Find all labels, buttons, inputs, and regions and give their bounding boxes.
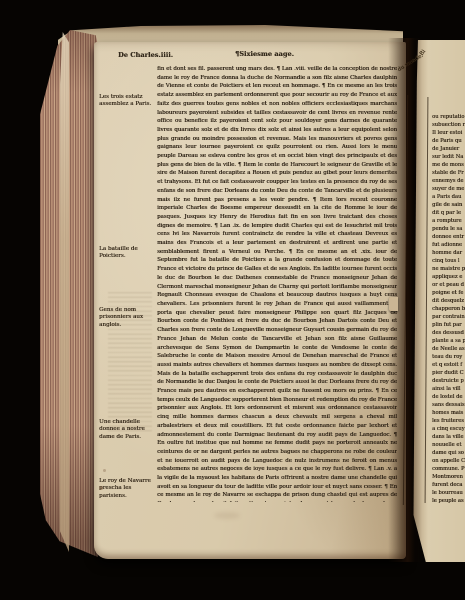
- facing-text-fragment: furent deca: [432, 481, 465, 489]
- facing-text-fragment: sur ledit Na: [432, 153, 465, 161]
- facing-text-fragment: a rompture: [432, 217, 465, 225]
- running-header-title: ¶Sixiesme aage.: [235, 50, 294, 58]
- facing-text-fragment: teau du roy: [432, 353, 465, 361]
- facing-text-fragment: des dessusd: [432, 329, 465, 337]
- facing-text-fragment: le bourreau: [432, 489, 465, 497]
- foxing-spot: [103, 469, 106, 472]
- facing-text-column: ou reputatiosubuection rIl leur estoide …: [432, 113, 465, 507]
- facing-text-fragment: et q estoit f: [432, 361, 465, 369]
- facing-text-fragment: dit desquelz: [432, 297, 465, 305]
- facing-text-fragment: par contrain: [432, 313, 465, 321]
- fore-edge-highlight: [60, 32, 69, 552]
- facing-text-fragment: donnee entr: [432, 233, 465, 241]
- facing-text-fragment: commune. P: [432, 465, 465, 473]
- facing-text-fragment: dans la ville: [432, 433, 465, 441]
- facing-text-fragment: de Januier: [432, 145, 465, 153]
- left-page: De Charles.iiii. ¶Sixiesme aage. fin et …: [94, 42, 406, 559]
- facing-text-fragment: a Paris dau: [432, 193, 465, 201]
- facing-text-fragment: suyer de me: [432, 185, 465, 193]
- facing-text-fragment: ainsi la vill: [432, 385, 465, 393]
- facing-text-fragment: de Neelle as: [432, 345, 465, 353]
- facing-text-fragment: fut adionne: [432, 241, 465, 249]
- facing-text-fragment: le peuple as: [432, 497, 465, 505]
- facing-text-fragment: cinq tous l: [432, 257, 465, 265]
- facing-text-fragment: ou reputatio: [432, 113, 465, 121]
- facing-text-fragment: on appelle C: [432, 457, 465, 465]
- facing-text-fragment: plin fut par: [432, 321, 465, 329]
- facing-text-fragment: or et peau d: [432, 281, 465, 289]
- facing-text-fragment: de Paris qu: [432, 137, 465, 145]
- book-photo-scene: De Charles.iiii. ¶Sixiesme aage. fin et …: [0, 0, 465, 600]
- facing-text-fragment: appliquez e: [432, 273, 465, 281]
- margin-note-navarre: Le roy de Navarre prescha les parisiens.: [99, 478, 154, 500]
- running-header-chapter: De Charles.iiii.: [118, 51, 173, 59]
- facing-text-fragment: subuection r: [432, 121, 465, 129]
- paper-stain: [214, 512, 240, 519]
- facing-text-fragment: poigne et fe: [432, 289, 465, 297]
- facing-text-fragment: les fruiteres: [432, 417, 465, 425]
- margin-note-battle-poitiers: La bataille de Poictiers.: [99, 246, 154, 261]
- facing-text-fragment: destruicte p: [432, 377, 465, 385]
- foxing-spot: [99, 486, 103, 490]
- facing-text-fragment: pier dudit C: [432, 369, 465, 377]
- facing-text-fragment: pendu le sa: [432, 225, 465, 233]
- facing-text-fragment: a cinq escuy: [432, 425, 465, 433]
- facing-text-fragment: ne maistre p: [432, 265, 465, 273]
- facing-text-fragment: ennemys de: [432, 177, 465, 185]
- ink-show-through: [108, 292, 152, 432]
- facing-text-fragment: plante a sa p: [432, 337, 465, 345]
- facing-text-fragment: de lostel de: [432, 393, 465, 401]
- facing-text-fragment: Montmoren: [432, 473, 465, 481]
- facing-text-fragment: homme dar: [432, 249, 465, 257]
- facing-text-fragment: gile de sain: [432, 201, 465, 209]
- facing-text-fragment: nouuelle et: [432, 441, 465, 449]
- facing-text-fragment: sans dessais: [432, 401, 465, 409]
- margin-note-estates: Les trois estatz assemblez a Paris.: [99, 94, 154, 109]
- facing-text-fragment: Il leur estoi: [432, 129, 465, 137]
- facing-text-fragment: dit q par le: [432, 209, 465, 217]
- facing-text-fragment: me de mons: [432, 161, 465, 169]
- facing-text-fragment: dame qui so: [432, 449, 465, 457]
- facing-text-fragment: stable de Fr: [432, 169, 465, 177]
- page-edge-tab: [389, 297, 398, 311]
- facing-text-fragment: chapperon b: [432, 305, 465, 313]
- book-fore-edge: [40, 30, 98, 557]
- facing-text-fragment: homes mais: [432, 409, 465, 417]
- page-body-text: fin et dont ses fil. passerent ung mars …: [157, 65, 397, 502]
